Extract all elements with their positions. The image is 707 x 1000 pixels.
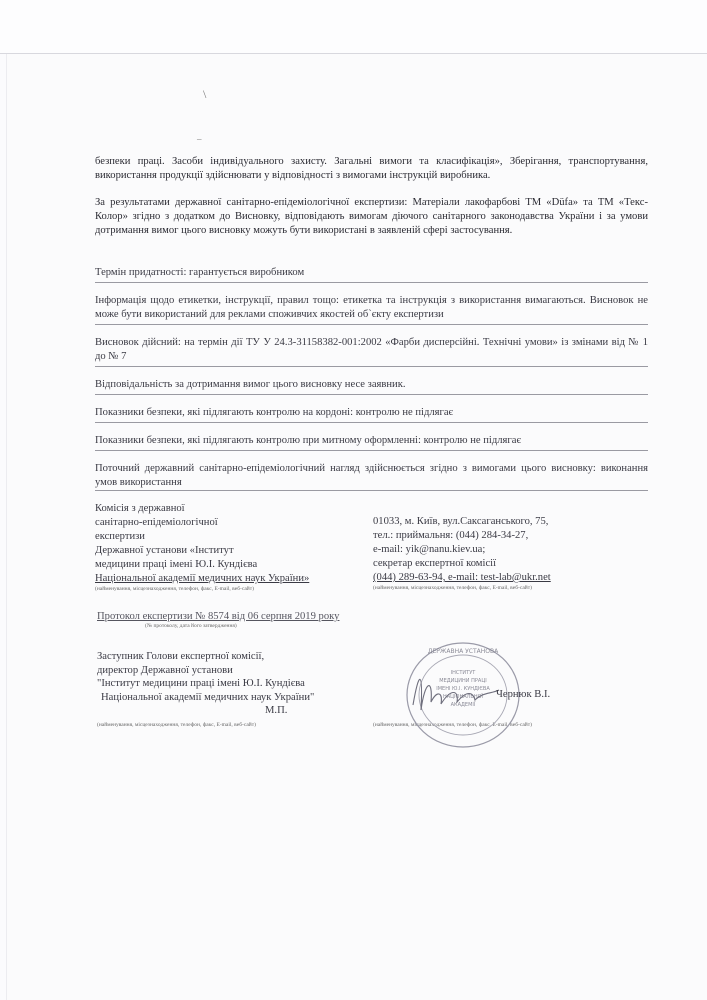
- phone-line: тел.: приймальня: (044) 284-34-27,: [373, 529, 653, 543]
- divider: [95, 282, 648, 283]
- customs-control-section: Показники безпеки, які підлягають контро…: [95, 434, 648, 448]
- divider: [95, 394, 648, 395]
- scan-mark: –: [197, 134, 202, 144]
- commission-line: Державної установи «Інститут: [95, 544, 355, 558]
- signer-title-line: Заступник Голови експертної комісії,: [97, 650, 377, 664]
- shelf-life-section: Термін придатності: гарантується виробни…: [95, 266, 648, 280]
- secretary-line: секретар експертної комісії: [373, 557, 653, 571]
- contacts-block: 01033, м. Київ, вул.Саксаганського, 75, …: [373, 515, 653, 592]
- divider: [95, 366, 648, 367]
- intro-paragraph: безпеки праці. Засоби індивідуального за…: [95, 155, 648, 183]
- commission-line: медицини праці імені Ю.І. Кундієва: [95, 558, 355, 572]
- protocol-note: (№ протоколу, дата його затвердження): [145, 623, 237, 629]
- border-control-section: Показники безпеки, які підлягають контро…: [95, 406, 648, 420]
- svg-text:ІНСТИТУТ: ІНСТИТУТ: [451, 670, 477, 676]
- validity-section: Висновок дійсний: на термін дії ТУ У 24.…: [95, 336, 648, 364]
- address-line: 01033, м. Київ, вул.Саксаганського, 75,: [373, 515, 653, 529]
- signer-title-line: директор Державної установи: [97, 664, 377, 678]
- signer-name: Чернюк В.І.: [496, 689, 550, 700]
- commission-block: Комісія з державної санітарно-епідеміоло…: [95, 502, 355, 593]
- labeling-info-section: Інформація щодо етикетки, інструкції, пр…: [95, 294, 648, 322]
- scan-top-margin: [0, 0, 707, 54]
- svg-text:ІМЕНІ Ю.І. КУНДІЄВА: ІМЕНІ Ю.І. КУНДІЄВА: [436, 686, 490, 692]
- supervision-section: Поточний державний санітарно-епідеміолог…: [95, 462, 648, 490]
- svg-text:АКАДЕМІЇ: АКАДЕМІЇ: [451, 701, 476, 708]
- conclusion-paragraph: За результатами державної санітарно-епід…: [95, 196, 648, 238]
- commission-line: Комісія з державної: [95, 502, 355, 516]
- scan-mark: \: [203, 87, 206, 102]
- svg-text:МЕДИЦИНИ ПРАЦІ: МЕДИЦИНИ ПРАЦІ: [439, 678, 486, 684]
- contacts-footnote: (найменування, місцезнаходження, телефон…: [373, 585, 653, 592]
- signer-title-line: Національної академії медичних наук Укра…: [97, 691, 377, 705]
- signature-footnote-left: (найменування, місцезнаходження, телефон…: [97, 722, 256, 728]
- divider: [95, 422, 648, 423]
- commission-line: експертизи: [95, 530, 355, 544]
- seal-place-label: М.П.: [97, 704, 377, 718]
- commission-footnote: (найменування, місцезнаходження, телефон…: [95, 586, 355, 593]
- commission-academy-line: Національної академії медичних наук Укра…: [95, 572, 355, 586]
- document-body: безпеки праці. Засоби індивідуального за…: [95, 155, 648, 238]
- protocol-reference: Протокол експертизи № 8574 від 06 серпня…: [97, 610, 339, 624]
- signature-block: Заступник Голови експертної комісії, дир…: [97, 650, 377, 718]
- secretary-contact-line: (044) 289-63-94, e-mail: test-lab@ukr.ne…: [373, 571, 653, 585]
- email-line: e-mail: yik@nanu.kiev.ua;: [373, 543, 653, 557]
- signer-title-line: "Інститут медицини праці імені Ю.І. Кунд…: [97, 677, 377, 691]
- divider: [95, 324, 648, 325]
- commission-line: санітарно-епідеміологічної: [95, 516, 355, 530]
- divider: [95, 450, 648, 451]
- stamp-ring-text: ДЕРЖАВНА УСТАНОВА: [428, 648, 499, 655]
- responsibility-section: Відповідальність за дотримання вимог цьо…: [95, 378, 648, 392]
- divider: [95, 490, 648, 491]
